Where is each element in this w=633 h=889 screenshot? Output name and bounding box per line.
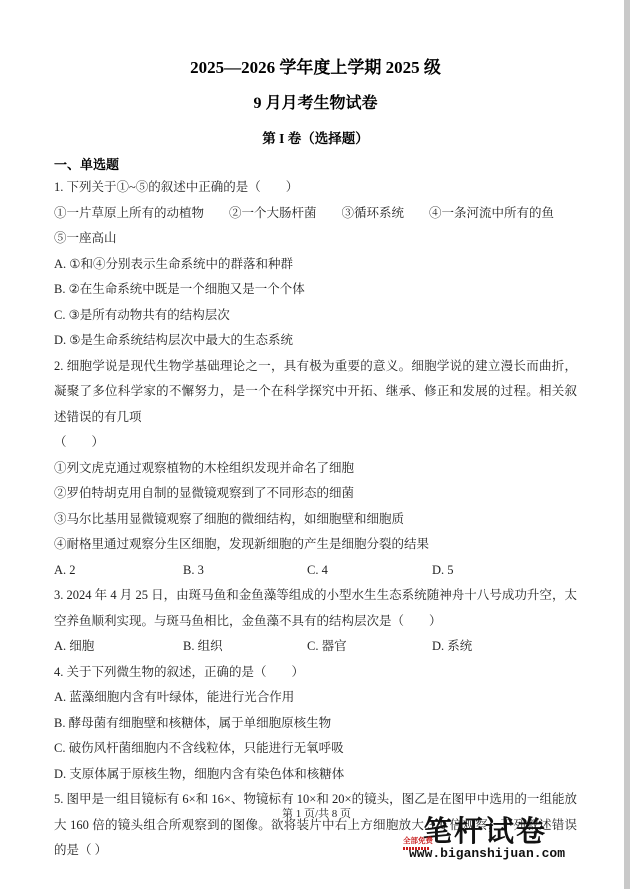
section-heading: 一、单选题: [54, 155, 577, 175]
question-2-item-4: ④耐格里通过观察分生区细胞，发现新细胞的产生是细胞分裂的结果: [54, 532, 577, 558]
watermark-badge-group: 全部免费: [403, 837, 433, 850]
question-2-options-row: A. 2 B. 3 C. 4 D. 5: [54, 558, 577, 584]
question-4-stem: 4. 关于下列微生物的叙述，正确的是（ ）: [54, 660, 577, 686]
question-1-option-a: A. ①和④分别表示生命系统中的群落和种群: [54, 252, 577, 278]
question-2-answer-bracket: （ ）: [54, 430, 577, 456]
question-2-item-1: ①列文虎克通过观察植物的木栓组织发现并命名了细胞: [54, 456, 577, 482]
scrollbar-track[interactable]: [624, 0, 630, 889]
question-2-item-3: ③马尔比基用显微镜观察了细胞的微细结构，如细胞壁和细胞质: [54, 507, 577, 533]
question-1-items: ①一片草原上所有的动植物 ②一个大肠杆菌 ③循环系统 ④一条河流中所有的鱼 ⑤一…: [54, 201, 577, 252]
question-3-option-c: C. 器官: [307, 634, 432, 660]
watermark-badge-text: 全部免费: [403, 837, 433, 846]
question-2: 2. 细胞学说是现代生物学基础理论之一，具有极为重要的意义。细胞学说的建立漫长而…: [54, 354, 577, 584]
question-1-option-d: D. ⑤是生命系统结构层次中最大的生态系统: [54, 328, 577, 354]
question-3-option-d: D. 系统: [432, 634, 577, 660]
question-2-option-b: B. 3: [183, 558, 307, 584]
question-3-stem: 3. 2024 年 4 月 25 日，由斑马鱼和金鱼藻等组成的小型水生生态系统随…: [54, 583, 577, 634]
watermark-brand: 笔杆试卷: [423, 816, 565, 849]
exam-page: 2025—2026 学年度上学期 2025 级 9 月月考生物试卷 第 I 卷（…: [0, 0, 633, 889]
question-3-option-a: A. 细胞: [54, 634, 183, 660]
question-2-option-d: D. 5: [432, 558, 577, 584]
question-4-option-b: B. 酵母菌有细胞壁和核糖体，属于单细胞原核生物: [54, 711, 577, 737]
question-3-option-b: B. 组织: [183, 634, 307, 660]
question-2-stem: 2. 细胞学说是现代生物学基础理论之一，具有极为重要的意义。细胞学说的建立漫长而…: [54, 354, 577, 431]
question-4: 4. 关于下列微生物的叙述，正确的是（ ） A. 蓝藻细胞内含有叶绿体，能进行光…: [54, 660, 577, 788]
part-heading: 第 I 卷（选择题）: [54, 129, 577, 149]
question-2-option-a: A. 2: [54, 558, 183, 584]
question-1-stem: 1. 下列关于①~⑤的叙述中正确的是（ ）: [54, 175, 577, 201]
question-1-option-c: C. ③是所有动物共有的结构层次: [54, 303, 577, 329]
question-4-option-d: D. 支原体属于原核生物，细胞内含有染色体和核糖体: [54, 762, 577, 788]
exam-title-line1: 2025—2026 学年度上学期 2025 级: [54, 56, 577, 80]
question-4-option-c: C. 破伤风杆菌细胞内不含线粒体，只能进行无氧呼吸: [54, 736, 577, 762]
question-1-option-b: B. ②在生命系统中既是一个细胞又是一个个体: [54, 277, 577, 303]
exam-content: 2025—2026 学年度上学期 2025 级 9 月月考生物试卷 第 I 卷（…: [0, 0, 633, 864]
question-4-option-a: A. 蓝藻细胞内含有叶绿体，能进行光合作用: [54, 685, 577, 711]
exam-title-line2: 9 月月考生物试卷: [54, 92, 577, 116]
question-2-item-2: ②罗伯特胡克用自制的显微镜观察到了不同形态的细菌: [54, 481, 577, 507]
watermark-fine-print: [403, 847, 430, 850]
question-1: 1. 下列关于①~⑤的叙述中正确的是（ ） ①一片草原上所有的动植物 ②一个大肠…: [54, 175, 577, 354]
question-3-options-row: A. 细胞 B. 组织 C. 器官 D. 系统: [54, 634, 577, 660]
watermark: 全部免费 笔杆试卷 www.biganshijuan.com: [409, 816, 565, 862]
question-3: 3. 2024 年 4 月 25 日，由斑马鱼和金鱼藻等组成的小型水生生态系统随…: [54, 583, 577, 660]
question-2-option-c: C. 4: [307, 558, 432, 584]
